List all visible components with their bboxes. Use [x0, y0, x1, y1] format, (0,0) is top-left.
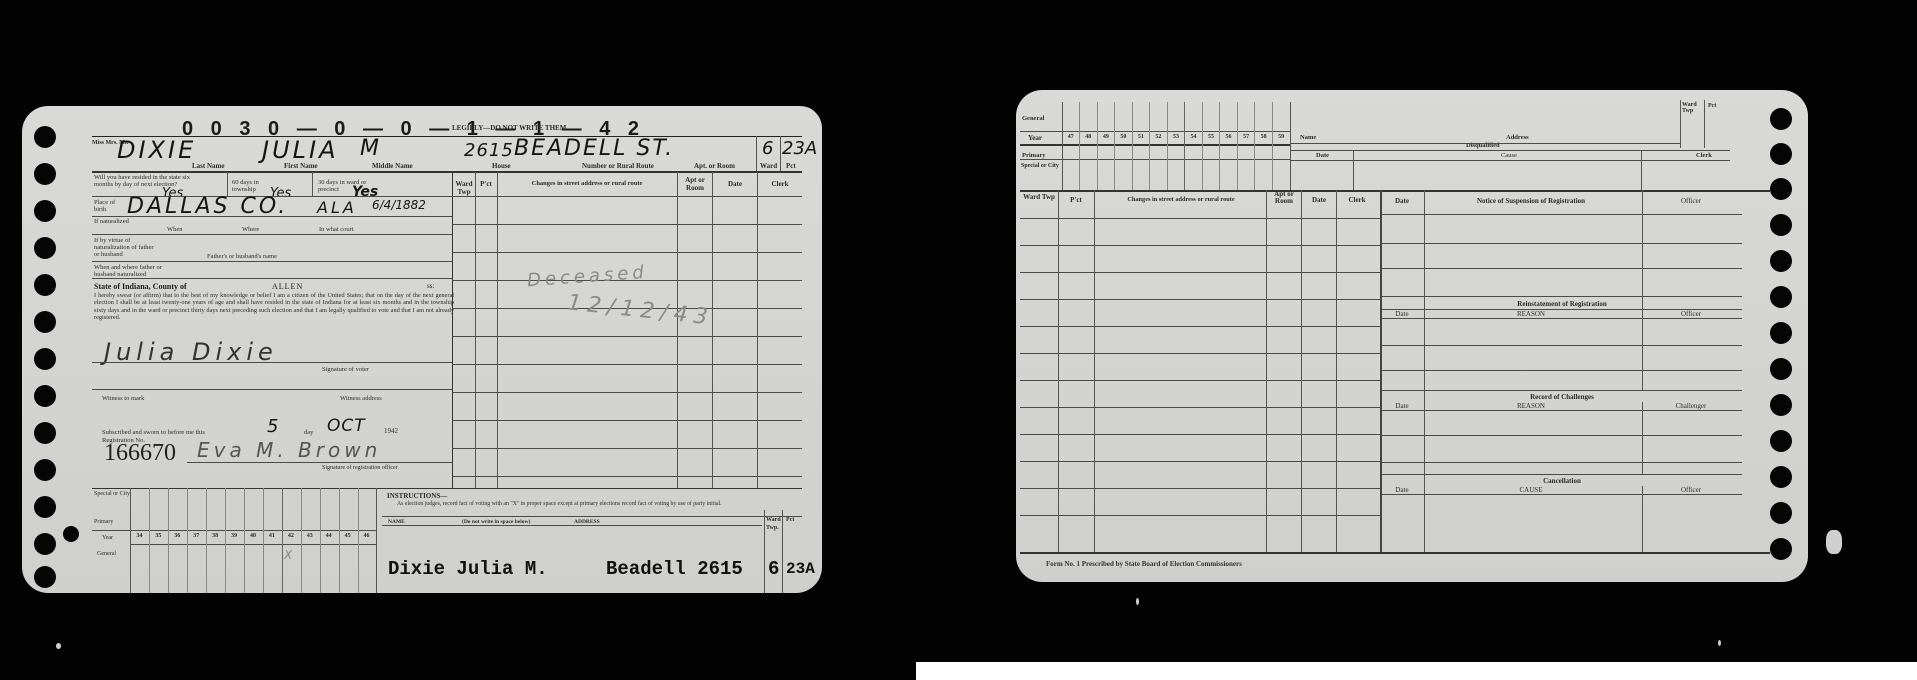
year-cell: 53 [1167, 133, 1185, 144]
label-ward-twp: Ward Twp [1682, 102, 1700, 114]
label-middle-name: Middle Name [372, 162, 413, 170]
col-apt-room: Apt or Room [678, 176, 712, 192]
sworn-year: 1942 [384, 427, 398, 436]
punch-hole [34, 566, 56, 588]
oath-text: I hereby swear (or affirm) that to the b… [94, 292, 454, 321]
instructions-text: As election judges, record fact of votin… [397, 501, 797, 508]
col-ward-twp: Ward Twp [1022, 194, 1056, 201]
year-cell: 45 [338, 532, 357, 544]
label-disqualified-date: Date [1316, 152, 1329, 160]
punch-hole [1770, 322, 1792, 344]
label-father-when-where: When and where father or husband natural… [94, 264, 164, 278]
label-day: day [304, 428, 313, 437]
year-cell: 54 [1185, 133, 1203, 144]
ward-number: 6 [762, 138, 773, 159]
label-disqualified-clerk: Clerk [1696, 152, 1712, 160]
col-reinstatement-officer: Officer [1641, 310, 1741, 318]
punch-hole [1770, 108, 1792, 130]
row-label-year: Year [102, 534, 113, 543]
punch-hole [1770, 250, 1792, 272]
punch-hole [34, 126, 56, 148]
col-date: Date [713, 180, 757, 188]
general-vote-mark: X [284, 548, 292, 562]
punch-hole [34, 163, 56, 185]
punch-hole [34, 459, 56, 481]
scan-border-strip [916, 662, 1917, 680]
precinct-number: 23A [782, 138, 817, 159]
question-state-residence: Will you have resided in the state six m… [94, 174, 204, 188]
col-clerk: Clerk [758, 180, 802, 188]
label-disqualified-cause: Cause [1501, 152, 1517, 160]
year-cell: 56 [1220, 133, 1238, 144]
label-naturalized-when: When [167, 225, 183, 234]
label-father-naturalization: If by virtue of naturalization of father… [94, 237, 156, 258]
year-cell: 44 [319, 532, 338, 544]
scan-speck [1718, 640, 1721, 646]
col-clerk: Clerk [1336, 196, 1378, 204]
row-label-special: Special or City [1020, 163, 1060, 170]
pencil-note-deceased: Deceased [526, 262, 648, 291]
pencil-note-date: 12/12/43 [566, 290, 715, 330]
middle-initial: M [360, 136, 382, 161]
col-changes-address: Changes in street address or rural route [498, 180, 676, 188]
col-changes-address: Changes in street address or rural route [1096, 196, 1266, 204]
punch-hole [1770, 394, 1792, 416]
col-suspension-notice: Notice of Suspension of Registration [1426, 197, 1636, 205]
punch-hole [34, 237, 56, 259]
punch-hole [34, 200, 56, 222]
col-pct: P'ct [1060, 196, 1092, 204]
year-cell: 40 [244, 532, 263, 544]
first-name: JULIA [262, 136, 339, 164]
row-label-year: Year [1028, 134, 1042, 142]
year-cell: 39 [225, 532, 244, 544]
col-challenge-reason: REASON [1426, 402, 1636, 410]
year-cell: 36 [168, 532, 187, 544]
punch-hole [34, 533, 56, 555]
year-cell: 38 [206, 532, 225, 544]
scan-speck [56, 643, 61, 649]
col-challenger: Challenger [1641, 402, 1741, 410]
col-pct-bottom: Pct [786, 516, 794, 524]
label-ward: Ward [760, 162, 777, 170]
punch-hole [1770, 214, 1792, 236]
label-witness-mark: Witness to mark [102, 394, 144, 403]
label-naturalized: If naturalized [94, 218, 134, 225]
year-cell: 59 [1272, 133, 1290, 144]
label-name: Name [1300, 134, 1316, 142]
col-challenge-date: Date [1382, 402, 1422, 410]
year-cell: 41 [262, 532, 281, 544]
label-place-of-birth: Place of birth [94, 199, 124, 213]
punch-hole [34, 496, 56, 518]
label-first-name: First Name [284, 162, 318, 170]
registration-card-front: 0 0 3 0 — 0 — 0 — 1 — 1 — 4 2 LEGIBLY—DO… [22, 106, 822, 593]
punch-hole [34, 311, 56, 333]
typed-address: Beadell 2615 [606, 558, 743, 580]
birth-state: ALA [317, 198, 357, 217]
label-voter-signature: Signature of voter [322, 365, 369, 374]
col-apt-room: Apt or Room [1268, 191, 1300, 205]
punch-hole [1770, 286, 1792, 308]
row-label-general: General [97, 550, 116, 559]
typed-pct: 23A [786, 560, 815, 578]
section-reinstatement-title: Reinstatement of Registration [1382, 300, 1742, 308]
punch-hole [34, 422, 56, 444]
year-cell: 43 [300, 532, 319, 544]
year-cell: 35 [149, 532, 168, 544]
year-cell: 51 [1132, 133, 1150, 144]
registration-number: 166670 [104, 440, 176, 467]
sworn-day: 5 [267, 416, 281, 437]
punch-hole [34, 385, 56, 407]
label-father-name: Father's or husband's name [207, 252, 277, 261]
label-pct: Pct [1708, 102, 1716, 110]
col-date: Date [1302, 196, 1336, 204]
row-label-primary: Primary [94, 518, 113, 527]
scan-speck [1826, 530, 1842, 554]
label-naturalized-court: In what court [319, 225, 354, 234]
oath-ss: ss: [427, 282, 434, 290]
col-reinstatement-date: Date [1382, 310, 1422, 318]
year-cell: 34 [130, 532, 149, 544]
year-cell: 46 [357, 532, 376, 544]
year-cell: 48 [1080, 133, 1098, 144]
punch-hole [1770, 143, 1792, 165]
birth-date: 6/4/1882 [372, 198, 426, 212]
oath-county: ALLEN [272, 282, 303, 291]
street-name: BEADELL ST. [514, 136, 674, 161]
label-last-name: Last Name [192, 162, 224, 170]
punch-hole [1770, 430, 1792, 452]
punch-hole [1770, 466, 1792, 488]
section-cancellation-title: Cancellation [1382, 477, 1742, 485]
punch-hole [34, 274, 56, 296]
year-cell: 52 [1150, 133, 1168, 144]
label-house: House [492, 162, 511, 170]
col-ward-twp-bottom: Ward Twp. [766, 516, 782, 532]
section-challenges-title: Record of Challenges [1382, 393, 1742, 401]
punch-hole [1770, 502, 1792, 524]
sworn-month: OCT [327, 416, 366, 436]
year-cell: 58 [1255, 133, 1273, 144]
row-label-general: General [1022, 115, 1044, 123]
typed-name: Dixie Julia M. [388, 558, 548, 580]
prefix-labels: Miss Mrs. Mr. [92, 140, 114, 146]
year-cell: 37 [187, 532, 206, 544]
scan-speck [1136, 598, 1139, 605]
label-witness-address: Witness address [340, 394, 382, 403]
label-naturalized-where: Where [242, 225, 259, 234]
last-name: DIXIE [117, 136, 196, 164]
col-pct: P'ct [476, 180, 496, 188]
punch-hole [1770, 178, 1792, 200]
label-street: Number or Rural Route [582, 162, 654, 170]
house-number: 2615 [464, 140, 514, 161]
oath-header: State of Indiana, County of [94, 282, 187, 291]
instructions-title: INSTRUCTIONS— [387, 492, 447, 500]
label-address: Address [1506, 134, 1529, 142]
col-cancel-cause: CAUSE [1426, 486, 1636, 494]
year-cell: 47 [1062, 133, 1080, 144]
punch-hole [1770, 358, 1792, 380]
typed-ward: 6 [768, 558, 779, 580]
year-cell: 49 [1097, 133, 1115, 144]
registration-card-back: General Year Primary Special or City 47 … [1016, 90, 1808, 582]
officer-signature: Eva M. Brown [197, 438, 381, 462]
label-officer-signature: Signature of registration officer [322, 464, 398, 473]
year-cell: 50 [1115, 133, 1133, 144]
label-pct: Pct [786, 162, 796, 170]
top-instruction: LEGIBLY—DO NOT WRITE THEM [452, 124, 566, 132]
col-cancel-officer: Officer [1641, 486, 1741, 494]
col-suspension-officer: Officer [1641, 197, 1741, 205]
col-cancel-date: Date [1382, 486, 1422, 494]
label-apt: Apt. or Room [694, 162, 735, 170]
year-cell: 42 [281, 532, 300, 544]
col-reinstatement-reason: REASON [1426, 310, 1636, 318]
col-ward-twp: Ward Twp [453, 180, 475, 196]
form-footer: Form No. 1 Prescribed by State Board of … [1046, 560, 1242, 569]
punch-hole-small [63, 526, 79, 542]
punch-hole [34, 348, 56, 370]
year-cell: 55 [1202, 133, 1220, 144]
row-label-special: Special or City [94, 491, 130, 498]
col-suspension-date: Date [1382, 197, 1422, 205]
punch-hole [1770, 538, 1792, 560]
year-cell: 57 [1237, 133, 1255, 144]
